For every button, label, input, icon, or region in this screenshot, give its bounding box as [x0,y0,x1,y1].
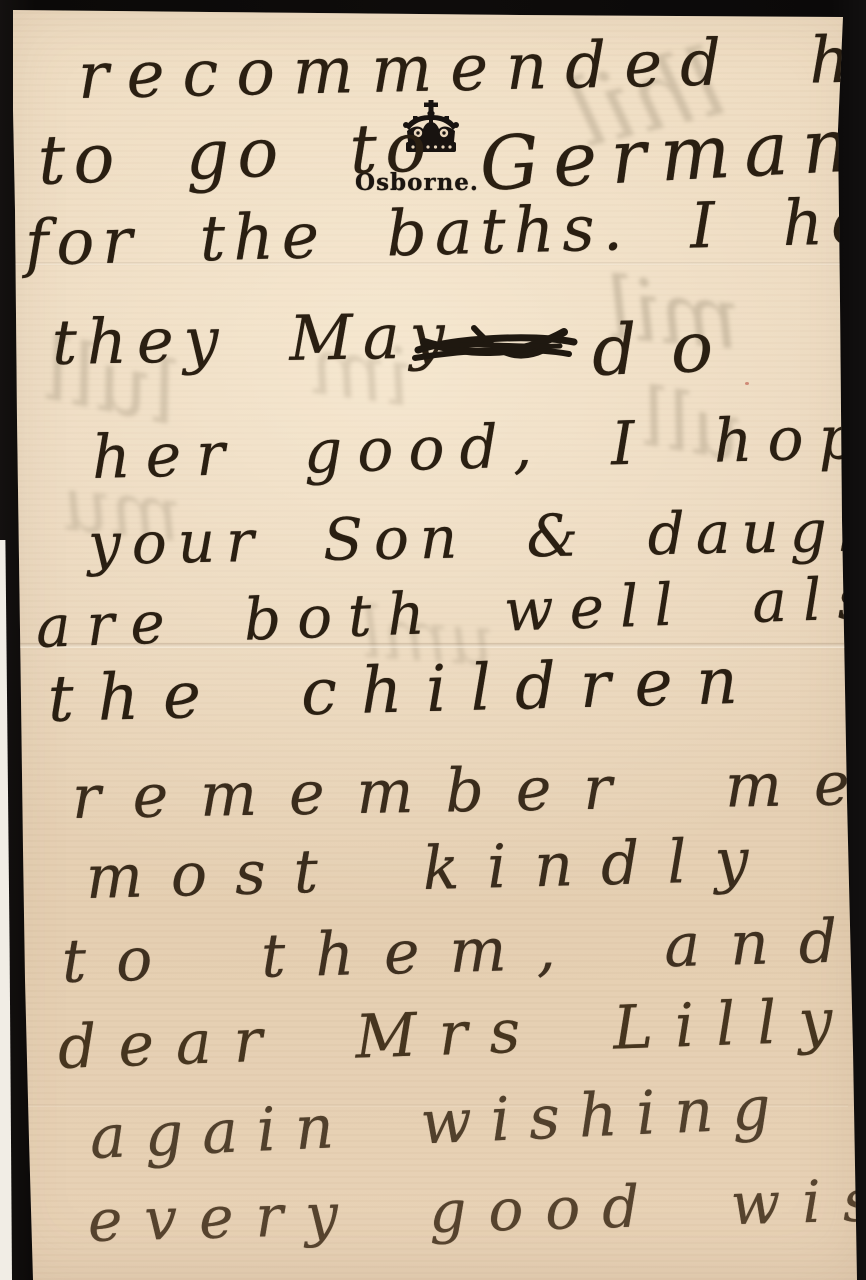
letter-line: dear Mrs Lilly [57,990,855,1078]
letter-line: to go to [37,114,435,196]
letter-line: most kindly [85,830,777,908]
crossed-out-word [412,318,584,376]
letter-line: they May [51,305,455,374]
letter-line: are both well also [35,567,866,656]
letter-line: for the baths. I hope [24,187,866,275]
letter-line: recommended her [77,26,866,109]
scanned-letter-page: lhil mil ull lull mu uml im [0,0,866,1280]
letter-line: again wishing [89,1077,791,1167]
letter-line: do [591,311,748,386]
letter-line: to them, and [61,911,866,992]
letter-paper: lhil mil ull lull mu uml im [0,0,866,1280]
letter-line: every good wish [87,1169,866,1250]
letter-line: your Son & daughter [87,499,866,573]
letter-line: her good, I hope [91,406,866,488]
letter-line: the children [47,649,762,732]
letter-line: remember me [71,754,866,828]
